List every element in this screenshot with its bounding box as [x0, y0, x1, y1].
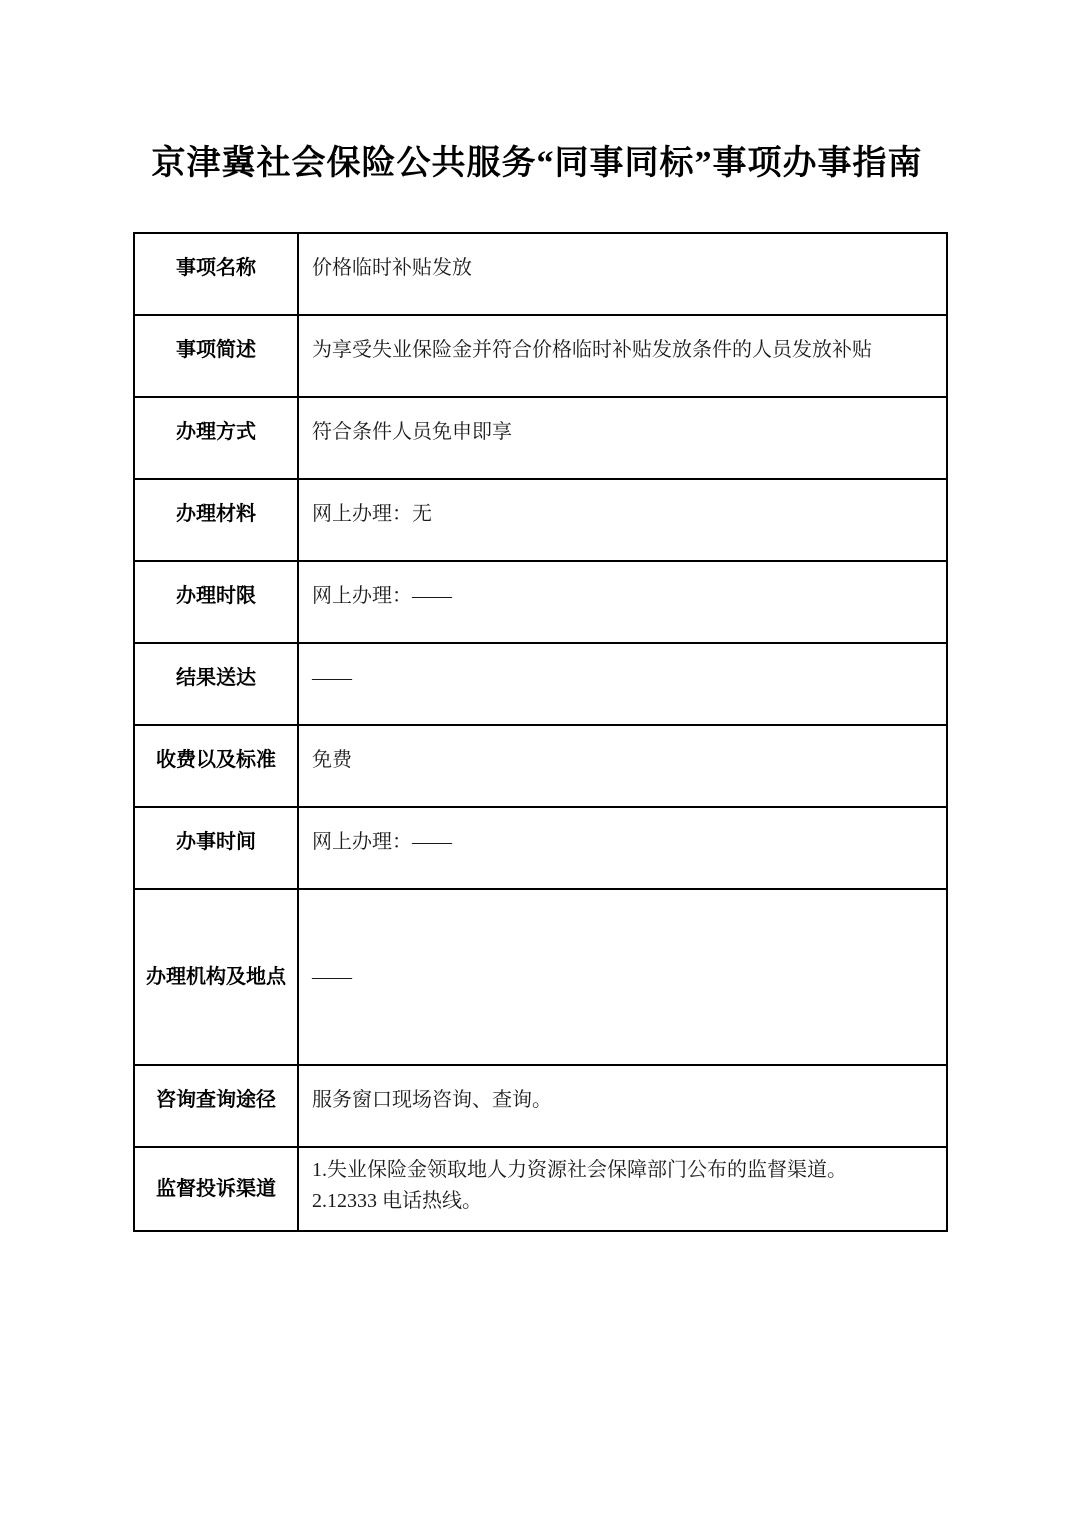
- table-row-materials: 办理材料 网上办理：无: [135, 480, 946, 562]
- row-content: 免费: [299, 726, 946, 806]
- table-row-inquiry-channels: 咨询查询途径 服务窗口现场咨询、查询。: [135, 1066, 946, 1148]
- row-content-line: ——: [312, 666, 930, 690]
- table-row-item-summary: 事项简述 为享受失业保险金并符合价格临时补贴发放条件的人员发放补贴: [135, 316, 946, 398]
- row-content-line: 为享受失业保险金并符合价格临时补贴发放条件的人员发放补贴: [312, 338, 930, 362]
- row-label: 事项名称: [135, 234, 299, 314]
- row-content: 符合条件人员免申即享: [299, 398, 946, 478]
- table-row-result-delivery: 结果送达 ——: [135, 644, 946, 726]
- row-content-line: 网上办理：——: [312, 830, 930, 854]
- row-content-line: 服务窗口现场咨询、查询。: [312, 1088, 930, 1112]
- row-content-line: 2.12333 电话热线。: [312, 1186, 930, 1217]
- row-content-line: 1.失业保险金领取地人力资源社会保障部门公布的监督渠道。: [312, 1155, 930, 1186]
- row-content-line: 网上办理：无: [312, 502, 930, 526]
- row-content: 服务窗口现场咨询、查询。: [299, 1066, 946, 1146]
- row-label: 办理时限: [135, 562, 299, 642]
- document-title: 京津冀社会保险公共服务“同事同标”事项办事指南: [0, 141, 1074, 187]
- row-content: 为享受失业保险金并符合价格临时补贴发放条件的人员发放补贴: [299, 316, 946, 396]
- row-content: 网上办理：无: [299, 480, 946, 560]
- row-content: 网上办理：——: [299, 562, 946, 642]
- table-row-agency-location: 办理机构及地点 ——: [135, 890, 946, 1066]
- row-label: 事项简述: [135, 316, 299, 396]
- row-content-line: 价格临时补贴发放: [312, 256, 930, 280]
- row-label: 办事时间: [135, 808, 299, 888]
- table-row-handling-method: 办理方式 符合条件人员免申即享: [135, 398, 946, 480]
- row-content: ——: [299, 890, 946, 1064]
- row-content-line: ——: [312, 965, 352, 989]
- row-label: 办理方式: [135, 398, 299, 478]
- row-content: ——: [299, 644, 946, 724]
- table-row-item-name: 事项名称 价格临时补贴发放: [135, 234, 946, 316]
- info-table: 事项名称 价格临时补贴发放 事项简述 为享受失业保险金并符合价格临时补贴发放条件…: [133, 232, 948, 1232]
- row-label: 咨询查询途径: [135, 1066, 299, 1146]
- row-content: 网上办理：——: [299, 808, 946, 888]
- row-content: 1.失业保险金领取地人力资源社会保障部门公布的监督渠道。 2.12333 电话热…: [299, 1148, 946, 1230]
- row-label: 结果送达: [135, 644, 299, 724]
- document-page: 京津冀社会保险公共服务“同事同标”事项办事指南 事项名称 价格临时补贴发放 事项…: [0, 0, 1074, 1520]
- table-row-supervision-channels: 监督投诉渠道 1.失业保险金领取地人力资源社会保障部门公布的监督渠道。 2.12…: [135, 1148, 946, 1230]
- row-label: 办理机构及地点: [135, 890, 299, 1064]
- table-row-time-limit: 办理时限 网上办理：——: [135, 562, 946, 644]
- row-content-line: 网上办理：——: [312, 584, 930, 608]
- table-row-fees: 收费以及标准 免费: [135, 726, 946, 808]
- row-content-line: 免费: [312, 748, 930, 772]
- row-label: 监督投诉渠道: [135, 1148, 299, 1230]
- row-content: 价格临时补贴发放: [299, 234, 946, 314]
- table-row-service-hours: 办事时间 网上办理：——: [135, 808, 946, 890]
- row-content-line: 符合条件人员免申即享: [312, 420, 930, 444]
- row-label: 收费以及标准: [135, 726, 299, 806]
- row-label: 办理材料: [135, 480, 299, 560]
